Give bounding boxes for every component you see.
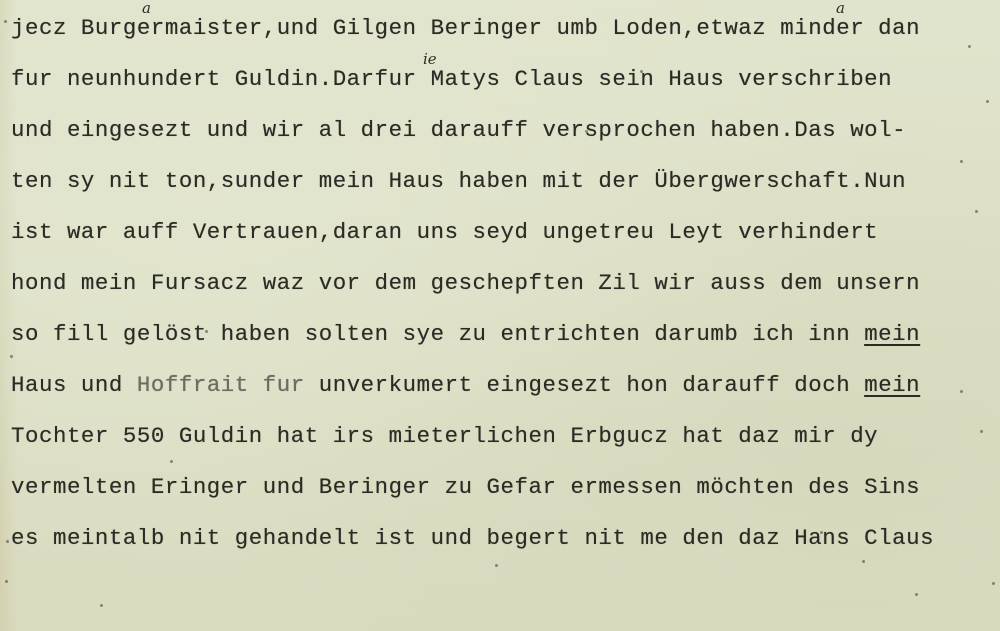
text-segment: jecz Burgermaister,und Gilgen Beringer u… — [11, 15, 920, 41]
paper-speck — [5, 580, 8, 583]
text-line: jecz Burgermaister,und Gilgen Beringer u… — [11, 3, 1000, 54]
text-line: fur neunhundert Guldin.Darfur Matys Clau… — [11, 54, 1000, 105]
text-segment: vermelten Eringer und Beringer zu Gefar … — [11, 474, 920, 500]
text-line: ten sy nit ton,sunder mein Haus haben mi… — [11, 156, 1000, 207]
typewritten-text-body: jecz Burgermaister,und Gilgen Beringer u… — [11, 3, 1000, 564]
text-line: Haus und Hoffrait fur unverkumert einges… — [11, 360, 1000, 411]
handwritten-correction: a — [142, 1, 151, 16]
text-line: und eingesezt und wir al drei darauff ve… — [11, 105, 1000, 156]
text-segment: ten sy nit ton,sunder mein Haus haben mi… — [11, 168, 906, 194]
text-segment: Haus und — [11, 372, 137, 398]
text-line: ist war auff Vertrauen,daran uns seyd un… — [11, 207, 1000, 258]
handwritten-correction: ie — [423, 52, 437, 67]
underlined-word: mein — [864, 321, 920, 347]
paper-speck — [6, 540, 9, 543]
text-line: Tochter 550 Guldin hat irs mieterlichen … — [11, 411, 1000, 462]
text-segment: ist war auff Vertrauen,daran uns seyd un… — [11, 219, 878, 245]
text-segment: es meintalb nit gehandelt ist und begert… — [11, 525, 934, 551]
paper-speck — [495, 564, 498, 567]
text-line: es meintalb nit gehandelt ist und begert… — [11, 513, 1000, 564]
paper-speck — [4, 20, 7, 23]
text-segment: so fill gelöst haben solten sye zu entri… — [11, 321, 864, 347]
paper-speck — [915, 593, 918, 596]
text-segment: hond mein Fursacz waz vor dem geschepfte… — [11, 270, 920, 296]
text-segment: und eingesezt und wir al drei darauff ve… — [11, 117, 906, 143]
text-segment: Hoffrait fur — [137, 372, 305, 398]
text-segment: unverkumert eingesezt hon darauff doch — [305, 372, 864, 398]
paper-speck — [100, 604, 103, 607]
text-segment: Tochter 550 Guldin hat irs mieterlichen … — [11, 423, 878, 449]
underlined-word: mein — [864, 372, 920, 398]
text-line: hond mein Fursacz waz vor dem geschepfte… — [11, 258, 1000, 309]
text-segment: fur neunhundert Guldin.Darfur Matys Clau… — [11, 66, 892, 92]
text-line: so fill gelöst haben solten sye zu entri… — [11, 309, 1000, 360]
handwritten-correction: a — [836, 1, 845, 16]
text-line: vermelten Eringer und Beringer zu Gefar … — [11, 462, 1000, 513]
paper-speck — [992, 582, 995, 585]
